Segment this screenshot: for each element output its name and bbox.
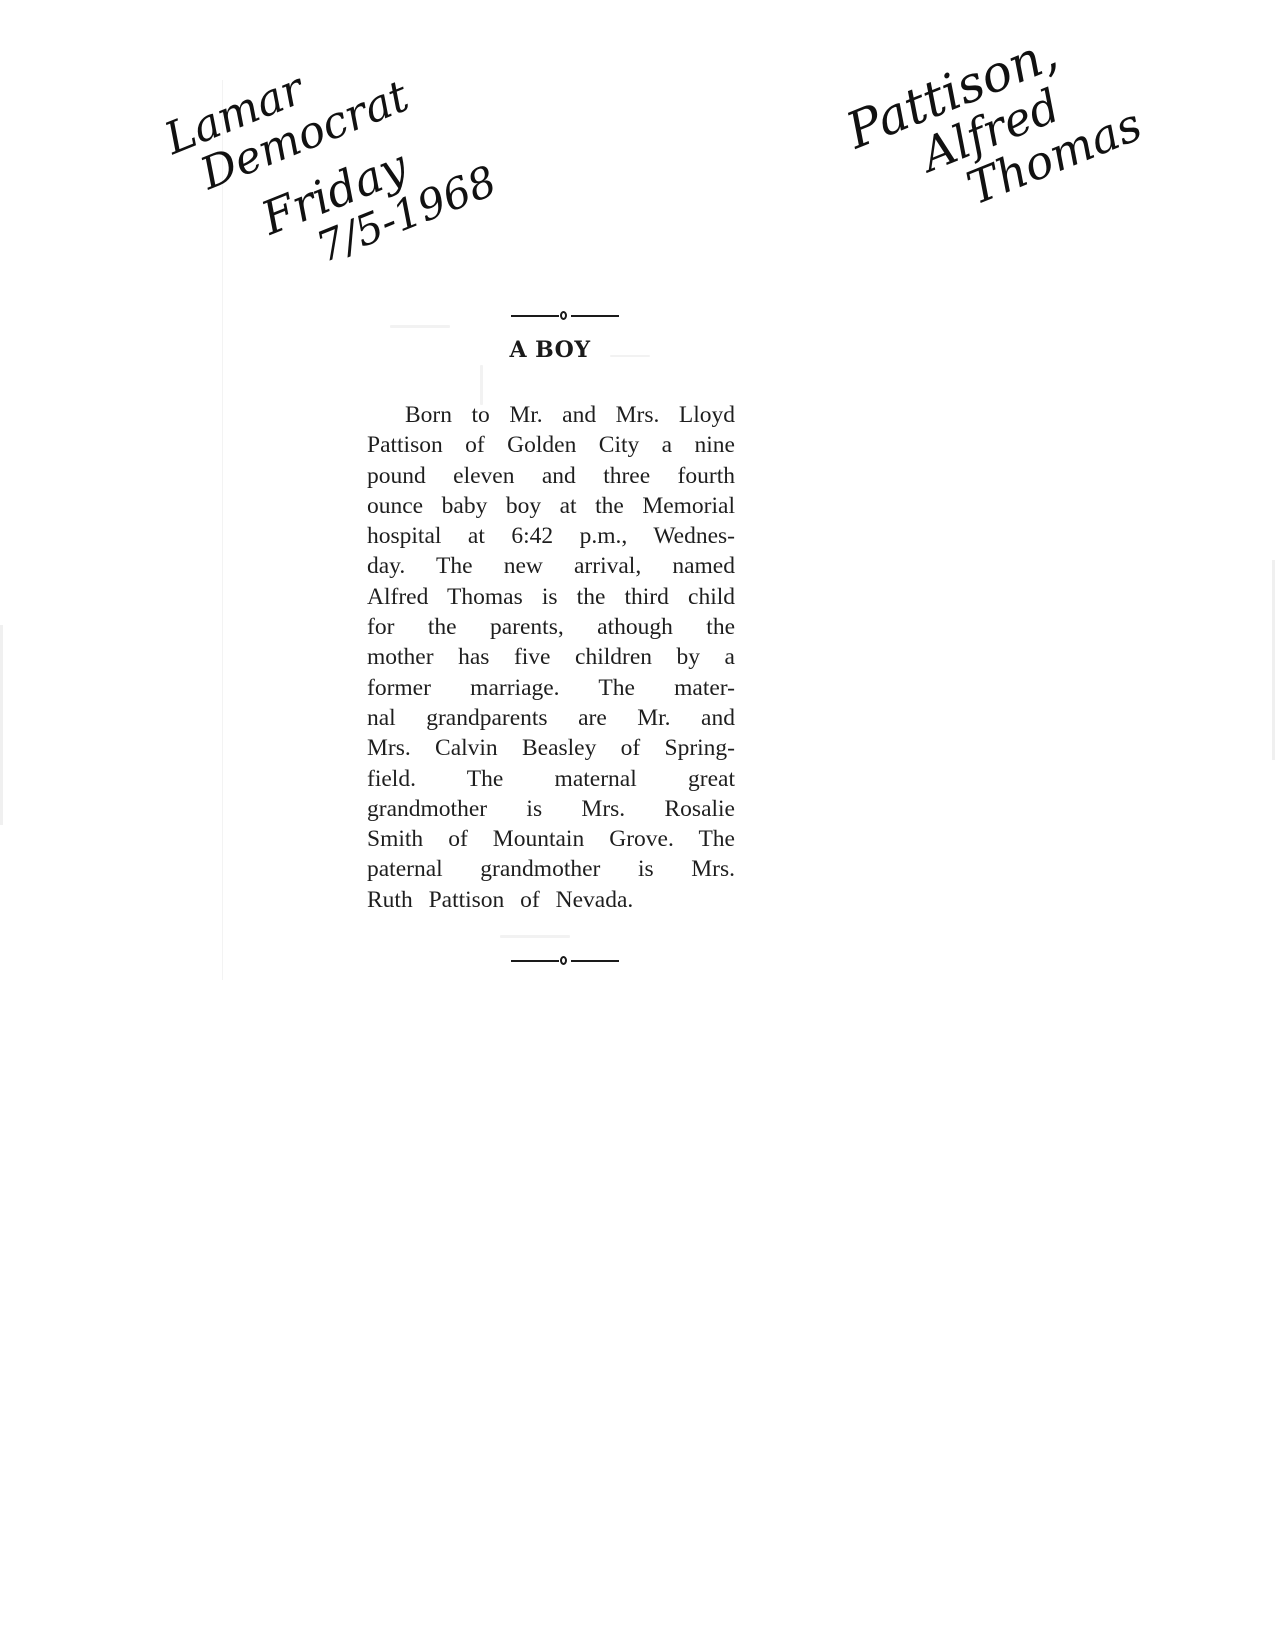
body-line: Alfred Thomas is the third child: [367, 582, 735, 612]
body-line: paternal grandmother is Mrs.: [367, 854, 735, 884]
ornament-divider-icon: [511, 311, 619, 321]
body-line: nal grandparents are Mr. and: [367, 703, 735, 733]
clipping-headline: A BOY: [360, 337, 740, 363]
print-noise: [390, 325, 450, 328]
body-line: former marriage. The mater-: [367, 673, 735, 703]
body-line: Pattison of Golden City a nine: [367, 430, 735, 460]
body-line: pound eleven and three fourth: [367, 461, 735, 491]
scan-border-left: [0, 625, 3, 825]
body-line: day. The new arrival, named: [367, 551, 735, 581]
body-line: hospital at 6:42 p.m., Wednes-: [367, 521, 735, 551]
body-line: Mrs. Calvin Beasley of Spring-: [367, 733, 735, 763]
body-line: mother has five children by a: [367, 642, 735, 672]
print-noise: [500, 935, 570, 938]
body-line: Ruth Pattison of Nevada.: [367, 885, 735, 915]
ornament-divider-icon: [511, 956, 619, 966]
body-line: grandmother is Mrs. Rosalie: [367, 794, 735, 824]
body-line: field. The maternal great: [367, 764, 735, 794]
body-line: for the parents, athough the: [367, 612, 735, 642]
clipping-body: Born to Mr. and Mrs. Lloyd Pattison of G…: [367, 400, 735, 915]
print-noise: [480, 365, 483, 405]
newspaper-clipping: A BOY Born to Mr. and Mrs. Lloyd Pattiso…: [360, 295, 740, 985]
handwritten-name-note: Pattison, Alfred Thomas: [840, 8, 1147, 246]
body-line: Smith of Mountain Grove. The: [367, 824, 735, 854]
body-line: ounce baby boy at the Memorial: [367, 491, 735, 521]
handwritten-source-note: Lamar Democrat Friday 7/5-1968: [150, 13, 502, 310]
body-line: Born to Mr. and Mrs. Lloyd: [367, 400, 735, 430]
